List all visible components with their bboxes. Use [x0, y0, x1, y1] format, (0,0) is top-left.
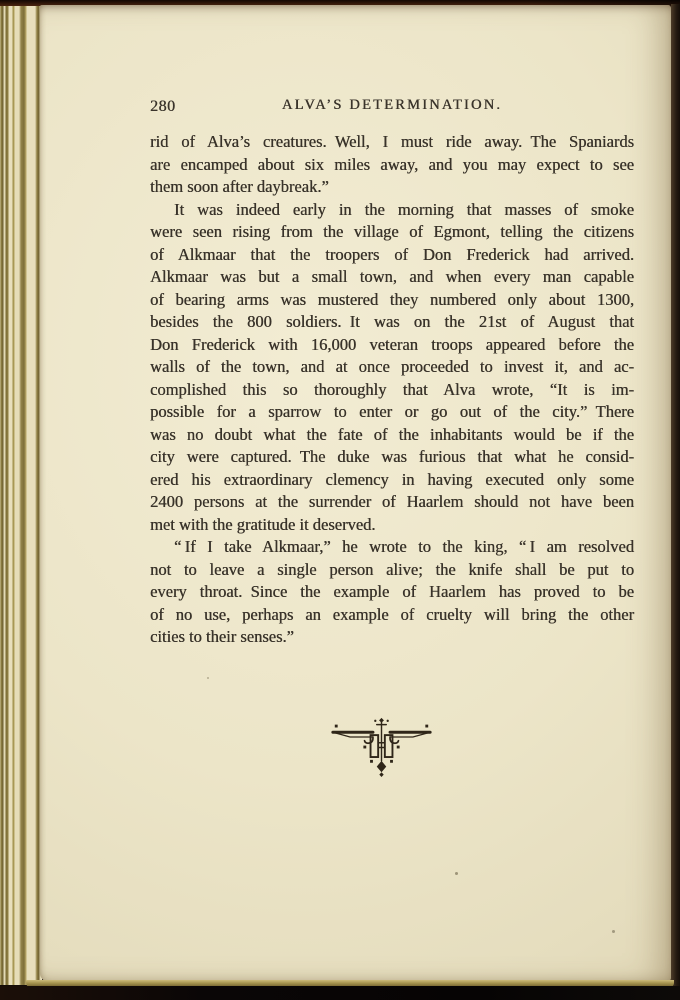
text-line: them soon after daybreak.”: [150, 176, 634, 199]
text-line: are encamped about six miles away, and y…: [150, 154, 634, 177]
text-line: rid of Alva’s creatures. Well, I must ri…: [150, 131, 634, 154]
text-line: It was indeed early in the morning that …: [150, 199, 634, 222]
text-line: walls of the town, and at once proceeded…: [150, 356, 634, 379]
text-line: of no use, perhaps an example of cruelty…: [150, 604, 634, 627]
text-line: every throat. Since the example of Haarl…: [150, 581, 634, 604]
paper-speck: [612, 930, 615, 933]
printer-tailpiece-ornament-icon: [329, 717, 434, 778]
book-page: 280 ALVA’S DETERMINATION. rid of Alva’s …: [40, 5, 671, 982]
running-header-title: ALVA’S DETERMINATION.: [150, 97, 634, 114]
text-line: ered his extraordinary clemency in havin…: [150, 469, 634, 492]
text-line: 2400 persons at the surrender of Haarlem…: [150, 491, 634, 514]
text-line: was no doubt what the fate of the inhabi…: [150, 424, 634, 447]
text-line: of bearing arms was mustered they number…: [150, 289, 634, 312]
text-line: Alkmaar was but a small town, and when e…: [150, 266, 634, 289]
book-scan: 280 ALVA’S DETERMINATION. rid of Alva’s …: [0, 0, 680, 1000]
text-line: possible for a sparrow to enter or go ou…: [150, 401, 634, 424]
text-line: “ If I take Alkmaar,” he wrote to the ki…: [150, 536, 634, 559]
book-cover-bottom-edge: [0, 986, 680, 1000]
text-line: cities to their senses.”: [150, 626, 634, 649]
text-line: of Alkmaar that the troopers of Don Fred…: [150, 244, 634, 267]
text-line: city were captured. The duke was furious…: [150, 446, 634, 469]
text-line: not to leave a single person alive; the …: [150, 559, 634, 582]
body-text: rid of Alva’s creatures. Well, I must ri…: [150, 131, 634, 649]
running-header: 280 ALVA’S DETERMINATION.: [150, 97, 634, 119]
page-stack-left-edge: [0, 4, 42, 985]
text-line: Don Frederick with 16,000 veteran troops…: [150, 334, 634, 357]
paper-speck: [207, 677, 209, 679]
book-right-edge-shadow: [671, 4, 680, 987]
page-number-folio: 280: [150, 98, 176, 116]
text-line: met with the gratitude it deserved.: [150, 514, 634, 537]
paper-speck: [455, 872, 458, 875]
text-line: were seen rising from the village of Egm…: [150, 221, 634, 244]
text-line: besides the 800 soldiers. It was on the …: [150, 311, 634, 334]
text-line: complished this so thoroughly that Alva …: [150, 379, 634, 402]
